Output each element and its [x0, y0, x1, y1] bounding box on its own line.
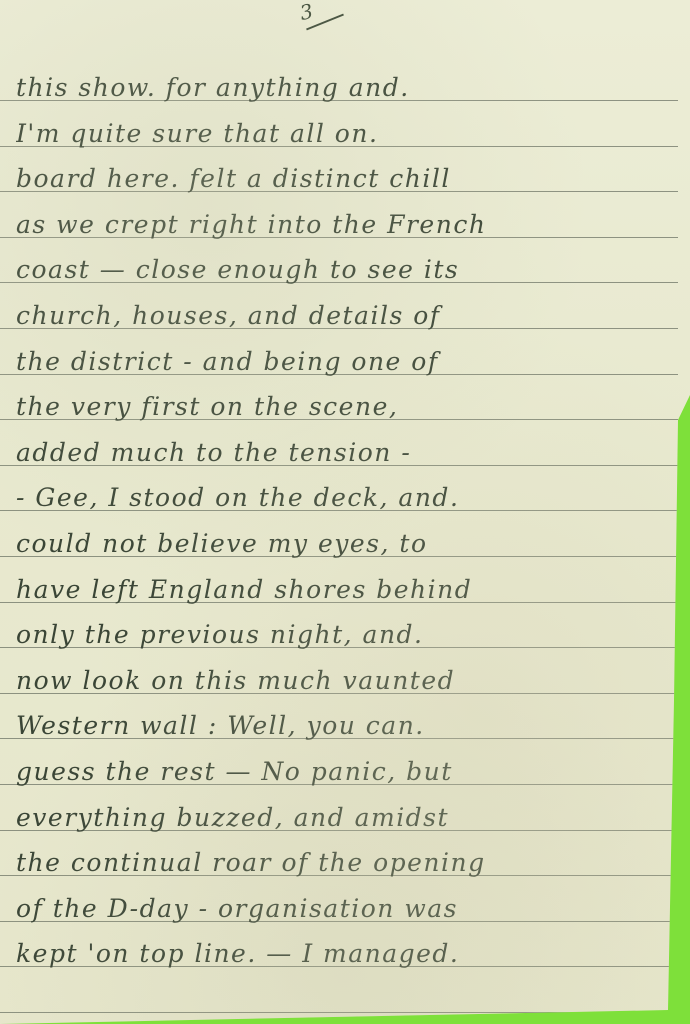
handwritten-line: added much to the tension -	[16, 438, 666, 468]
handwritten-line: as we crept right into the French	[16, 210, 666, 240]
handwritten-line: could not believe my eyes, to	[16, 529, 666, 559]
handwritten-line: everything buzzed, and amidst	[16, 803, 666, 833]
handwritten-line: church, houses, and details of	[16, 301, 666, 331]
handwritten-line: this show. for anything and.	[16, 73, 666, 103]
handwritten-line: the continual roar of the opening	[16, 848, 666, 878]
handwritten-line: I'm quite sure that all on.	[16, 119, 666, 149]
handwritten-line: board here. felt a distinct chill	[16, 164, 666, 194]
handwritten-line: only the previous night, and.	[16, 620, 666, 650]
page-number: 3	[298, 0, 315, 25]
letter-page: 3 this show. for anything and.I'm quite …	[0, 0, 690, 1024]
handwritten-line: now look on this much vaunted	[16, 666, 666, 696]
handwritten-line: guess the rest — No panic, but	[16, 757, 666, 787]
handwritten-line: the very first on the scene,	[16, 392, 666, 422]
handwritten-line: the district - and being one of	[16, 347, 666, 377]
handwritten-line: Western wall : Well, you can.	[16, 711, 666, 741]
ruled-line	[0, 1012, 678, 1013]
handwritten-line: of the D-day - organisation was	[16, 894, 666, 924]
handwritten-line: have left England shores behind	[16, 575, 666, 605]
handwritten-line: kept 'on top line. — I managed.	[16, 939, 666, 969]
handwritten-line: coast — close enough to see its	[16, 255, 666, 285]
handwritten-line: - Gee, I stood on the deck, and.	[16, 483, 666, 513]
